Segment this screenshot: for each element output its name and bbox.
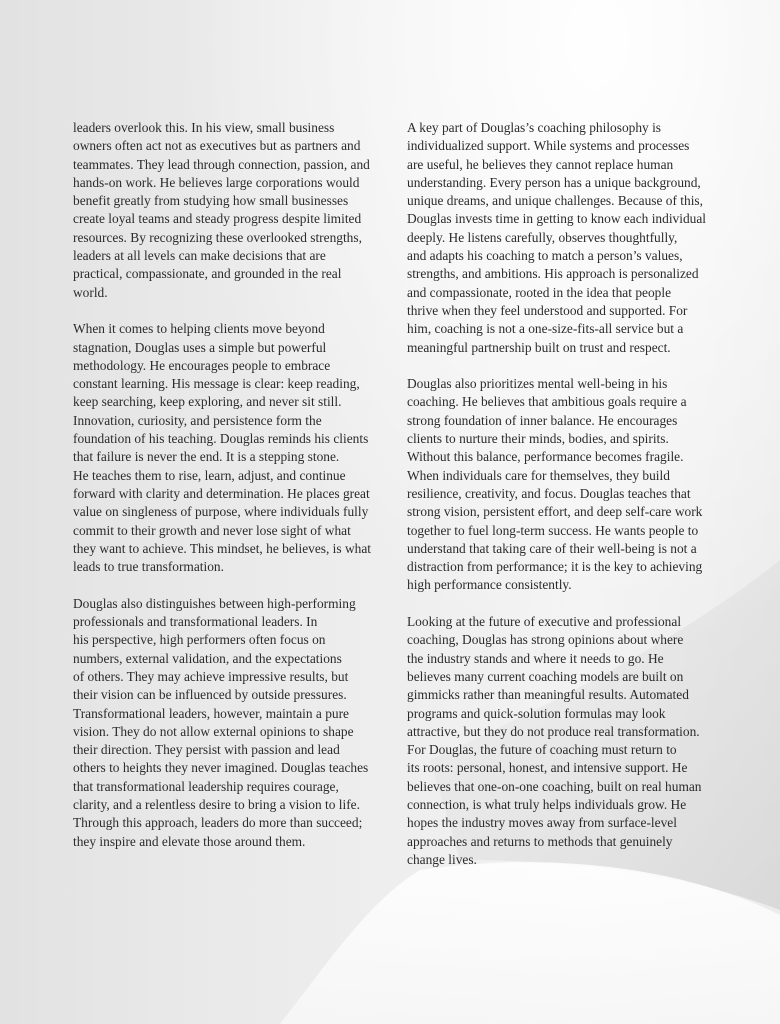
paragraph-small-business-leadership: leaders overlook this. In his view, smal… [73, 119, 373, 302]
paragraph-transformational-leaders: Douglas also distinguishes between high-… [73, 595, 373, 851]
left-text-column: leaders overlook this. In his view, smal… [73, 119, 373, 869]
paragraph-moving-beyond-stagnation: When it comes to helping clients move be… [73, 320, 373, 576]
document-page: leaders overlook this. In his view, smal… [0, 0, 780, 1024]
paragraph-future-of-coaching: Looking at the future of executive and p… [407, 613, 719, 869]
right-text-column: A key part of Douglas’s coaching philoso… [407, 119, 719, 887]
paragraph-mental-well-being: Douglas also prioritizes mental well-bei… [407, 375, 719, 595]
paragraph-individualized-support: A key part of Douglas’s coaching philoso… [407, 119, 719, 357]
